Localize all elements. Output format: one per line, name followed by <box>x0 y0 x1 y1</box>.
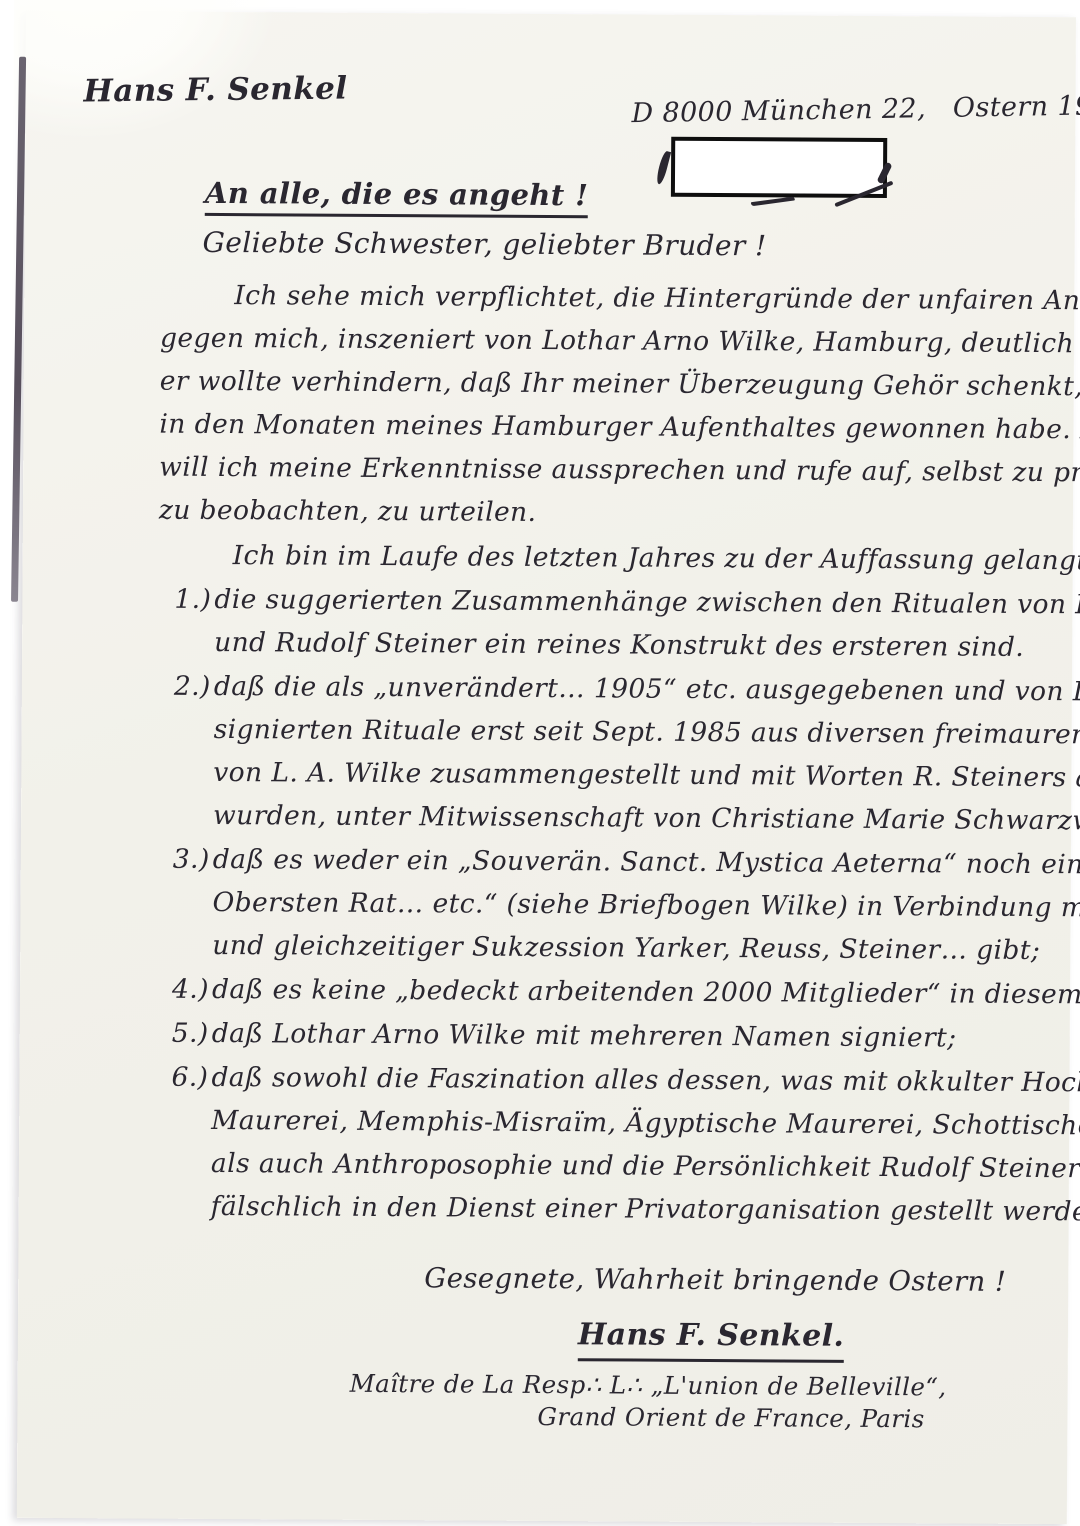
letter-page: Hans F. Senkel D 8000 München 22, Ostern… <box>17 11 1076 1507</box>
credential-line-1: Maître de La Resp∴ L∴ „L'union de Bellev… <box>350 1368 1066 1404</box>
list-item-6: 6.) daß sowohl die Faszination alles des… <box>155 1056 1068 1234</box>
item-text: daß es keine „bedeckt arbeitenden 2000 M… <box>212 968 1080 1017</box>
sender-name: Hans F. Senkel <box>83 70 347 109</box>
item-line: die suggerierten Zusammenhänge zwischen … <box>214 578 1080 627</box>
item-line: daß es keine „bedeckt arbeitenden 2000 M… <box>212 968 1080 1017</box>
list-item-2: 2.) daß die als „unverändert… 1905“ etc.… <box>157 665 1070 843</box>
paragraph-line: er wollte verhindern, daß Ihr meiner Übe… <box>160 360 1072 409</box>
page-edge-shadow <box>11 57 26 602</box>
paragraph-1: Ich sehe mich verpflichtet, die Hintergr… <box>159 274 1073 538</box>
item-number: 3.) <box>172 838 213 967</box>
item-line: wurden, unter Mitwissenschaft von Christ… <box>213 794 1080 844</box>
item-number: 2.) <box>173 665 214 837</box>
closing-line: Gesegnete, Wahrheit bringende Ostern ! <box>424 1257 1066 1304</box>
paper-corner-curl <box>13 0 274 138</box>
item-text: die suggerierten Zusammenhänge zwischen … <box>214 578 1080 670</box>
paragraph-line: in den Monaten meines Hamburger Aufentha… <box>159 403 1071 452</box>
item-text: daß die als „unverändert… 1905“ etc. aus… <box>213 665 1080 844</box>
salutation-heading-text: An alle, die es angeht ! <box>205 176 589 218</box>
salutation-line: Geliebte Schwester, geliebter Bruder ! <box>202 226 766 262</box>
paragraph-line: zu beobachten, zu urteilen. <box>159 489 1071 538</box>
item-number: 4.) <box>172 968 212 1011</box>
list-item-5: 5.) daß Lothar Arno Wilke mit mehreren N… <box>156 1012 1068 1061</box>
item-number: 6.) <box>171 1056 212 1228</box>
list-item-3: 3.) daß es weder ein „Souverän. Sanct. M… <box>156 838 1069 973</box>
signature: Hans F. Senkel. <box>578 1313 1066 1364</box>
paragraph-line: Ich sehe mich verpflichtet, die Hintergr… <box>160 274 1072 323</box>
credential-line-2: Grand Orient de France, Paris <box>537 1401 1065 1436</box>
salutation-heading: An alle, die es angeht ! <box>205 176 589 218</box>
item-line: daß Lothar Arno Wilke mit mehreren Namen… <box>212 1012 1068 1060</box>
item-line: Obersten Rat… etc.“ (siehe Briefbogen Wi… <box>212 881 1080 930</box>
item-number: 1.) <box>174 578 215 664</box>
redaction-box <box>671 137 887 198</box>
item-line: daß es weder ein „Souverän. Sanct. Mysti… <box>213 838 1080 887</box>
item-text: daß Lothar Arno Wilke mit mehreren Namen… <box>212 1012 1068 1060</box>
item-line: daß die als „unverändert… 1905“ etc. aus… <box>214 665 1080 715</box>
pen-stroke <box>751 196 795 206</box>
item-text: daß sowohl die Faszination alles dessen,… <box>211 1056 1080 1234</box>
signature-text: Hans F. Senkel. <box>578 1313 845 1363</box>
item-line: als auch Anthroposophie und die Persönli… <box>211 1142 1080 1191</box>
item-text: daß es weder ein „Souverän. Sanct. Mysti… <box>212 838 1080 973</box>
paragraph-line: gegen mich, inszeniert von Lothar Arno W… <box>160 317 1072 366</box>
item-line: fälschlich in den Dienst einer Privatorg… <box>211 1185 1080 1234</box>
list-item-4: 4.) daß es keine „bedeckt arbeitenden 20… <box>156 968 1068 1017</box>
item-line: daß sowohl die Faszination alles dessen,… <box>211 1056 1080 1105</box>
letter-body: Ich sehe mich verpflichtet, die Hintergr… <box>153 274 1072 1437</box>
place-date-line: D 8000 München 22, Ostern 1987 <box>631 90 1080 129</box>
item-line: von L. A. Wilke zusammengestellt und mit… <box>213 751 1080 801</box>
pen-stroke <box>655 150 671 185</box>
list-item-1: 1.) die suggerierten Zusammenhänge zwisc… <box>158 578 1071 670</box>
item-line: und gleichzeitiger Sukzession Yarker, Re… <box>212 924 1080 973</box>
item-number: 5.) <box>172 1012 212 1055</box>
item-line: und Rudolf Steiner ein reines Konstrukt … <box>214 621 1080 670</box>
item-line: signierten Rituale erst seit Sept. 1985 … <box>213 708 1080 758</box>
paragraph-line: will ich meine Erkenntnisse aussprechen … <box>159 446 1071 495</box>
item-line: Maurerei, Memphis-Misraïm, Ägyptische Ma… <box>211 1099 1080 1148</box>
paragraph-2-intro: Ich bin im Laufe des letzten Jahres zu d… <box>159 534 1071 583</box>
